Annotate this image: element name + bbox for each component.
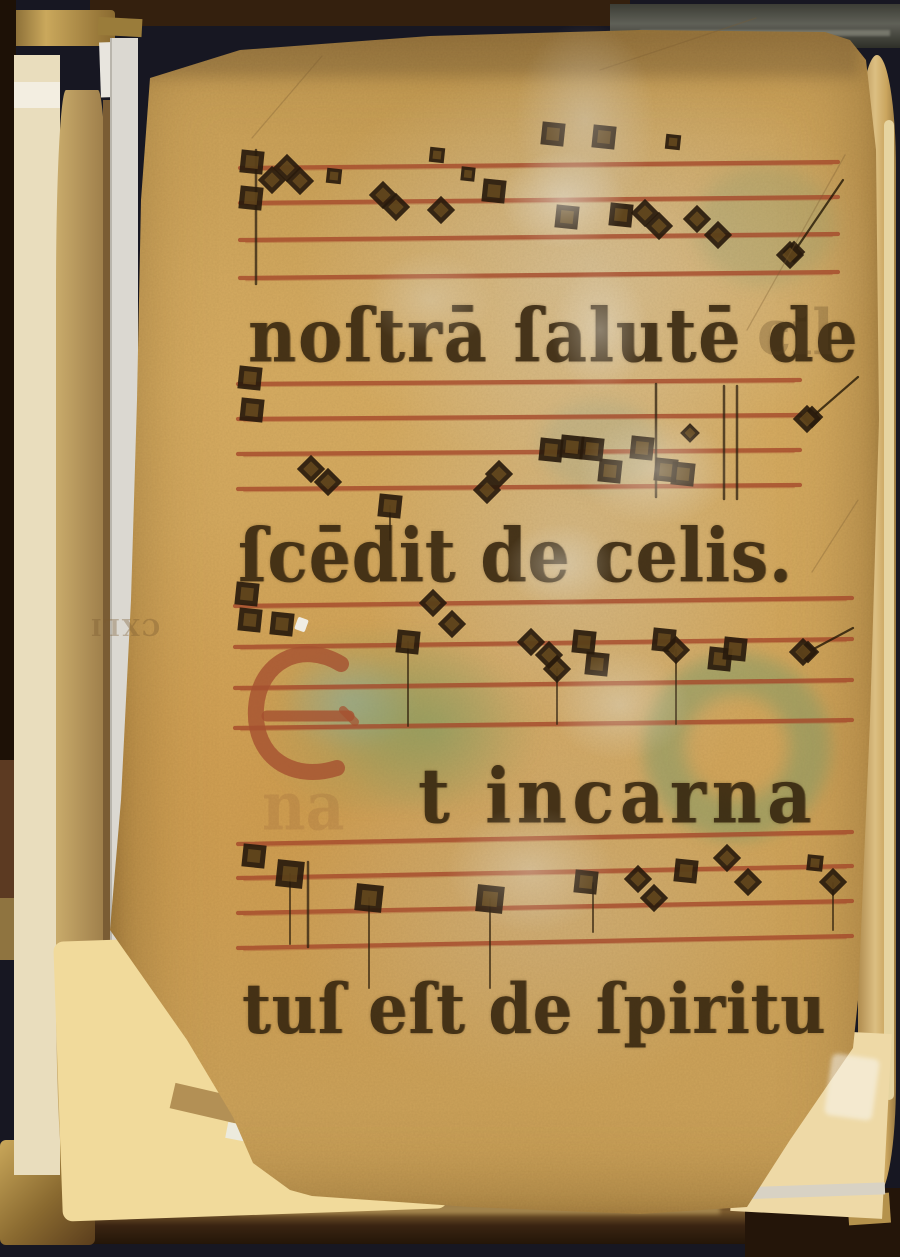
chant-text-line-2: ſcēdit de celis.: [238, 512, 793, 599]
ghost-text-after-line-1: cil: [757, 296, 834, 370]
folio-number-ghost: CXLI: [89, 613, 160, 640]
tape-glint: [824, 1053, 880, 1121]
initial-E: E: [243, 640, 365, 788]
initial-E-glyph: [243, 640, 365, 788]
manuscript-photo: E noſtrā ſalutē de cil ſcēdit de celis. …: [0, 0, 900, 1257]
chant-text-line-4: tuſ eſt de ſpiritu: [242, 968, 826, 1050]
ghost-text-before-line-3: na: [262, 768, 345, 846]
chant-text-line-3: t incarna: [418, 752, 817, 842]
